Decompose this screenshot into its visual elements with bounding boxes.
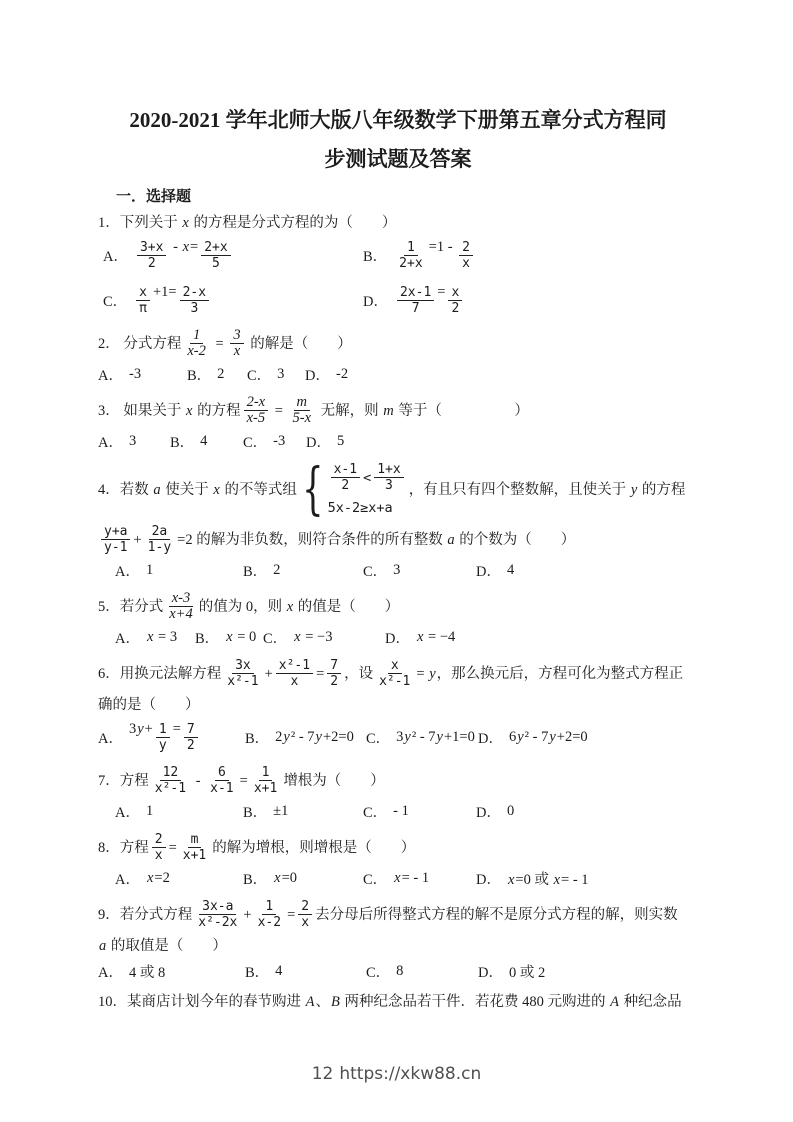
text-run: + [265, 662, 273, 686]
text-run: 确的是（ ） [98, 693, 200, 717]
math-variable: y [282, 729, 290, 745]
math-variable: y [516, 729, 524, 745]
document-page: 2020-2021 学年北师大版八年级数学下册第五章分式方程同 步测试题及答案 … [0, 0, 793, 1122]
option-value: 2 [217, 366, 224, 383]
fraction-numerator: m [294, 395, 310, 411]
math-fraction: 3+x2 [137, 240, 166, 271]
option-B: B．4 [170, 431, 243, 452]
text-run: 7．方程 [98, 769, 149, 793]
inequality-system: {x-12<1+x35x-2≥x+a [299, 460, 407, 520]
options-row: A．4 或 8B．4C．8D．0 或 2 [98, 961, 698, 982]
math-variable: y [403, 729, 411, 745]
option-A: A．3y+1y=72 [98, 720, 245, 755]
option-value: 8 [396, 963, 403, 980]
option-label: C． [363, 868, 387, 889]
option-value: x = 3 [146, 629, 177, 646]
math-fraction: 12x²-1 [152, 765, 189, 796]
option-label: D． [478, 961, 503, 982]
fraction-numerator: 1 [259, 765, 273, 781]
question-6: 6．用换元法解方程3xx²-1+x²-1x=72，设xx²-1= y，那么换元后… [98, 655, 698, 755]
text-run: = [271, 399, 286, 423]
math-fraction: 2-x3 [180, 285, 209, 316]
text-run: = −3 [302, 629, 333, 645]
math-fraction: m5-x [290, 395, 315, 426]
fraction-denominator: 2 [338, 478, 352, 493]
text-run: =1 - [429, 239, 457, 255]
fraction-numerator: 1 [156, 722, 170, 738]
math-fraction: 2x [298, 899, 312, 930]
text-run: ，设 [344, 662, 373, 686]
option-value: 6y² - 7y+2=0 [509, 729, 588, 746]
question-4: 4．若数 a 使关于 x 的不等式组{x-12<1+x35x-2≥x+a，有且只… [98, 459, 698, 581]
fraction-numerator: 2-x [244, 395, 269, 411]
text-run: 4 或 8 [129, 965, 165, 981]
math-fraction: 2x-17 [397, 285, 434, 316]
text-run: + [243, 903, 251, 927]
fraction-numerator: 2a [149, 524, 171, 540]
text-run: = [173, 721, 181, 737]
text-run: + [145, 721, 153, 737]
option-label: D． [476, 868, 501, 889]
option-A: A．x = 3 [115, 627, 195, 648]
fraction-denominator: x+1 [251, 781, 280, 796]
question-line: 10．某商店计划今年的春节购进 A、B 两种纪念品若干件．若花费 480 元购进… [98, 989, 698, 1015]
fraction-numerator: 2 [152, 832, 166, 848]
option-value: -3 [273, 433, 285, 450]
option-B: B．12+x=1 - 2x [363, 238, 698, 273]
option-D: D．-2 [305, 364, 698, 385]
question-9: 9．若分式方程3x-ax²-2x+1x-2=2x去分母后所得整式方程的解不是原分… [98, 896, 698, 982]
option-label: D． [478, 727, 503, 748]
text-run: +1=0 [444, 729, 475, 745]
fraction-numerator: 1+x [374, 462, 403, 478]
text-run: ² - 7 [412, 729, 436, 745]
text-run: 0 [507, 803, 514, 819]
option-value: 4 [275, 963, 282, 980]
option-label: B． [243, 560, 267, 581]
fraction-numerator: 2 [298, 899, 312, 915]
math-fraction: x2 [448, 285, 462, 316]
fraction-numerator: x [448, 285, 462, 301]
math-variable: x [182, 239, 190, 255]
fraction-denominator: x [152, 848, 166, 863]
text-run: < [363, 466, 371, 490]
fraction-denominator: x+1 [180, 848, 209, 863]
text-run: - 1 [393, 803, 409, 819]
option-C: C．- 1 [363, 801, 476, 822]
option-B: B．±1 [243, 801, 363, 822]
option-label: D． [306, 431, 331, 452]
math-fraction: 12+x [396, 240, 425, 271]
text-run: 0 或 2 [509, 965, 545, 981]
text-run: = [212, 332, 227, 356]
math-fraction: x²-1x [276, 658, 313, 689]
text-run: +2=0 [323, 729, 354, 745]
option-value: x=2 [146, 870, 170, 887]
fraction-numerator: 2+x [201, 240, 230, 256]
options-row: A．3B．4C．-3D．5 [98, 431, 698, 452]
text-run: +1= [153, 284, 177, 300]
fraction-denominator: 2+x [396, 256, 425, 271]
option-D: D．5 [306, 431, 698, 452]
fraction-denominator: 2 [145, 256, 159, 271]
question-2: 2． 分式方程1x-2 = 3x 的解是（ ）A．-3B．2C．3D．-2 [98, 325, 698, 385]
math-variable: x [293, 629, 301, 645]
option-value: xπ+1=2-x3 [133, 283, 212, 318]
options-row: A．3y+1y=72B．2y² - 7y+2=0C．3y² - 7y+1=0D．… [98, 720, 698, 755]
fraction-numerator: m [188, 832, 202, 848]
text-run: 等于（ ） [395, 399, 529, 423]
option-A: A．-3 [98, 364, 187, 385]
text-run: = [437, 284, 445, 300]
option-label: B． [243, 801, 267, 822]
option-D: D．0 或 2 [478, 961, 698, 982]
option-value: 4 [507, 562, 514, 579]
option-value: 3 [129, 433, 136, 450]
option-label: C． [243, 431, 267, 452]
math-variable: y [315, 729, 323, 745]
math-variable: x [393, 870, 401, 886]
math-fraction: 2x [459, 240, 473, 271]
option-value: x = 0 [225, 629, 256, 646]
option-A: A．x=2 [115, 868, 243, 889]
math-variable: A [305, 990, 316, 1014]
option-label: A． [115, 801, 140, 822]
math-fraction: mx+1 [180, 832, 209, 863]
question-line: y+ay-1+2a1-y=2 的解为非负数，则符合条件的所有整数 a 的个数为（… [98, 521, 698, 558]
question-line: 4．若数 a 使关于 x 的不等式组{x-12<1+x35x-2≥x+a，有且只… [98, 459, 698, 521]
fraction-denominator: x²-1 [224, 674, 261, 689]
option-value: 4 或 8 [129, 961, 165, 982]
option-C: C．3 [247, 364, 305, 385]
option-C: C．3y² - 7y+1=0 [366, 727, 478, 748]
math-fraction: 3x-ax²-2x [195, 899, 240, 930]
text-run: 4．若数 [98, 478, 152, 502]
text-run: 4 [200, 433, 207, 449]
fraction-denominator: 2 [327, 674, 341, 689]
fraction-denominator: π [136, 301, 150, 316]
fraction-denominator: x²-2x [195, 915, 240, 930]
text-run: 4 [507, 562, 514, 578]
text-run: 的值是（ ） [294, 595, 399, 619]
page-footer: 12https://xkw88.cn [0, 1064, 793, 1084]
option-D: D．x=0 或 x= - 1 [476, 868, 698, 889]
option-label: B． [245, 961, 269, 982]
options-row: A．1B．±1C．- 1D．0 [98, 801, 698, 822]
option-value: -2 [336, 366, 348, 383]
text-run: -3 [273, 433, 285, 449]
fraction-numerator: 2-x [180, 285, 209, 301]
fraction-numerator: 3+x [137, 240, 166, 256]
fraction-denominator: x+4 [166, 607, 195, 622]
option-C: C．x= - 1 [363, 868, 476, 889]
text-run: ² - 7 [291, 729, 315, 745]
fraction-denominator: x [298, 915, 312, 930]
option-label: B． [195, 627, 219, 648]
question-line: 确的是（ ） [98, 692, 698, 718]
math-variable: a [446, 528, 455, 552]
option-value: -3 [129, 366, 141, 383]
option-B: B．2y² - 7y+2=0 [245, 727, 366, 748]
option-A: A．1 [115, 560, 243, 581]
question-line: 7．方程12x²-1 - 6x-1=1x+1增根为（ ） [98, 762, 698, 799]
footer-url: https://xkw88.cn [339, 1064, 481, 1084]
fraction-numerator: x-1 [331, 462, 360, 478]
fraction-numerator: 3x [232, 658, 254, 674]
math-fraction: 1x+1 [251, 765, 280, 796]
text-run: +2=0 [557, 729, 588, 745]
fraction-denominator: x²-1 [376, 674, 413, 689]
option-A: A．4 或 8 [98, 961, 245, 982]
math-variable: A [609, 990, 620, 1014]
fraction-numerator: 1 [190, 328, 203, 344]
math-variable: x [185, 399, 193, 423]
text-run: 1 [146, 803, 153, 819]
text-run: 增根为（ ） [283, 769, 385, 793]
math-variable: x [225, 629, 233, 645]
option-value: 3y+1y=72 [129, 720, 201, 755]
text-run: - [192, 769, 204, 793]
math-fraction: x-12 [331, 462, 360, 493]
option-value: 2 [273, 562, 280, 579]
option-A: A．3 [98, 431, 170, 452]
fraction-denominator: 2 [184, 738, 198, 753]
question-line: a 的取值是（ ） [98, 933, 698, 959]
option-value: 2x-17=x2 [394, 283, 465, 318]
math-fraction: 72 [184, 722, 198, 753]
math-fraction: y+ay-1 [101, 524, 130, 555]
text-run: 的值为 0，则 [199, 595, 286, 619]
option-label: A． [98, 364, 123, 385]
option-value: - 1 [393, 803, 409, 820]
math-fraction: 2+x5 [201, 240, 230, 271]
option-D: D．4 [476, 560, 698, 581]
question-line: 5．若分式x-3x+4的值为 0，则 x 的值是（ ） [98, 588, 698, 625]
text-run: 9．若分式方程 [98, 903, 192, 927]
fraction-denominator: x-2 [184, 344, 209, 359]
text-run: 3． 如果关于 [98, 399, 185, 423]
option-value: 3+x2 - x=2+x5 [134, 238, 234, 273]
math-variable: x [286, 595, 294, 619]
text-run: 的个数为（ ） [456, 528, 576, 552]
fraction-denominator: y-1 [101, 540, 130, 555]
question-list: 1．下列关于 x 的方程是分式方程的为（ ）A．3+x2 - x=2+x5B．1… [98, 210, 698, 1015]
option-label: C． [363, 801, 387, 822]
text-run: -3 [129, 366, 141, 382]
text-run: ，有且只有四个整数解，且使关于 [409, 478, 630, 502]
fraction-numerator: 1 [404, 240, 418, 256]
math-fraction: x-3x+4 [166, 591, 195, 622]
option-label: D． [476, 560, 501, 581]
question-line: 3． 如果关于 x 的方程2-xx-5 = m5-x 无解，则 m 等于（ ） [98, 392, 698, 429]
option-value: 1 [146, 803, 153, 820]
option-label: B． [187, 364, 211, 385]
option-A: A．1 [115, 801, 243, 822]
text-run: 的方程 [193, 399, 240, 423]
fraction-denominator: x [287, 674, 301, 689]
option-value: x=0 或 x= - 1 [507, 868, 589, 889]
text-run: 4 [275, 963, 282, 979]
text-run: 无解，则 [317, 399, 382, 423]
question-line: 8．方程2x=mx+1的解为增根，则增根是（ ） [98, 829, 698, 866]
option-value: x=0 [273, 870, 297, 887]
option-value: 0 或 2 [509, 961, 545, 982]
question-3: 3． 如果关于 x 的方程2-xx-5 = m5-x 无解，则 m 等于（ ）A… [98, 392, 698, 452]
page-number: 12 [312, 1064, 334, 1084]
text-run: 2． 分式方程 [98, 332, 181, 356]
option-B: B．4 [245, 961, 366, 982]
question-10: 10．某商店计划今年的春节购进 A、B 两种纪念品若干件．若花费 480 元购进… [98, 989, 698, 1015]
fraction-numerator: 3x-a [199, 899, 236, 915]
fraction-denominator: x-5 [244, 411, 269, 426]
fraction-numerator: 3 [230, 328, 243, 344]
text-run: 的不等式组 [221, 478, 297, 502]
option-B: B．x=0 [243, 868, 363, 889]
text-run: 的解是（ ） [247, 332, 352, 356]
math-variable: x [273, 870, 281, 886]
text-run: ±1 [273, 803, 288, 819]
math-fraction: 1x-2 [255, 899, 284, 930]
fraction-denominator: x [459, 256, 473, 271]
system-rows: x-12<1+x35x-2≥x+a [328, 460, 407, 520]
fraction-denominator: x-2 [255, 915, 284, 930]
system-row: 5x-2≥x+a [328, 496, 393, 520]
text-run: ² - 7 [525, 729, 549, 745]
option-label: A． [98, 961, 123, 982]
option-label: C． [247, 364, 271, 385]
option-label: D． [305, 364, 330, 385]
text-run: =0 [282, 870, 297, 886]
fraction-numerator: 12 [160, 765, 182, 781]
option-value: x = −3 [293, 629, 332, 646]
question-7: 7．方程12x²-1 - 6x-1=1x+1增根为（ ）A．1B．±1C．- 1… [98, 762, 698, 822]
fraction-denominator: 3 [187, 301, 201, 316]
option-label: A． [115, 560, 140, 581]
text-run: 2 [273, 562, 280, 578]
option-value: 4 [200, 433, 207, 450]
math-fraction: 72 [327, 658, 341, 689]
math-fraction: 6x-1 [207, 765, 236, 796]
option-C: C．x = −3 [263, 627, 385, 648]
option-value: 5 [337, 433, 344, 450]
question-line: 2． 分式方程1x-2 = 3x 的解是（ ） [98, 325, 698, 362]
text-run: 3 [129, 433, 136, 449]
options-row: A．1B．2C．3D．4 [98, 560, 698, 581]
option-label: C． [366, 727, 390, 748]
fraction-denominator: y [156, 738, 170, 753]
text-run: = [416, 662, 428, 686]
document-title: 2020-2021 学年北师大版八年级数学下册第五章分式方程同 步测试题及答案 [98, 101, 698, 179]
option-label: D． [363, 290, 388, 311]
fraction-denominator: 5-x [290, 411, 315, 426]
question-5: 5．若分式x-3x+4的值为 0，则 x 的值是（ ）A．x = 3B．x = … [98, 588, 698, 648]
fraction-numerator: 7 [184, 722, 198, 738]
text-run: - [169, 239, 181, 255]
option-B: B．x = 0 [195, 627, 263, 648]
option-value: 3y² - 7y+1=0 [396, 729, 475, 746]
text-run: 3 [393, 562, 400, 578]
text-run: 8．方程 [98, 836, 149, 860]
option-value: 0 [507, 803, 514, 820]
math-variable: x [553, 872, 561, 888]
option-value: x= - 1 [393, 870, 429, 887]
math-variable: y [630, 478, 638, 502]
text-run: 6．用换元法解方程 [98, 662, 221, 686]
option-value: 2y² - 7y+2=0 [275, 729, 354, 746]
option-B: B．2 [243, 560, 363, 581]
text-run: 使关于 [162, 478, 213, 502]
math-fraction: 2-xx-5 [244, 395, 269, 426]
text-run: =0 或 [515, 872, 552, 888]
fraction-numerator: x-3 [169, 591, 194, 607]
option-label: D． [385, 627, 410, 648]
text-run: 5x-2≥x+a [328, 496, 393, 520]
title-line-2: 步测试题及答案 [98, 140, 698, 179]
option-label: C． [103, 290, 127, 311]
math-fraction: 2a1-y [145, 524, 174, 555]
question-8: 8．方程2x=mx+1的解为增根，则增根是（ ）A．x=2B．x=0C．x= -… [98, 829, 698, 889]
fraction-numerator: x²-1 [276, 658, 313, 674]
option-label: B． [170, 431, 194, 452]
fraction-numerator: y+a [101, 524, 130, 540]
math-variable: m [382, 399, 394, 423]
fraction-denominator: 7 [409, 301, 423, 316]
text-run: = 3 [154, 629, 177, 645]
math-variable: y [548, 729, 556, 745]
fraction-denominator: 5 [209, 256, 223, 271]
math-fraction: xπ [136, 285, 150, 316]
fraction-denominator: x-1 [207, 781, 236, 796]
question-line: 6．用换元法解方程3xx²-1+x²-1x=72，设xx²-1= y，那么换元后… [98, 655, 698, 692]
fraction-numerator: 7 [327, 658, 341, 674]
text-run: =2 [154, 870, 169, 886]
math-variable: B [330, 990, 341, 1014]
text-run: ，那么换元后，方程可化为整式方程正 [437, 662, 684, 686]
option-label: A． [115, 868, 140, 889]
text-run: = [316, 662, 324, 686]
text-run: = −4 [424, 629, 455, 645]
text-run: 的方程 [638, 478, 685, 502]
option-C: C．-3 [243, 431, 306, 452]
text-run: -2 [336, 366, 348, 382]
title-line-1: 2020-2021 学年北师大版八年级数学下册第五章分式方程同 [98, 101, 698, 140]
text-run: =2 的解为非负数，则符合条件的所有整数 [177, 528, 446, 552]
option-value: ±1 [273, 803, 288, 820]
math-fraction: 1x-2 [184, 328, 209, 359]
question-line: 1．下列关于 x 的方程是分式方程的为（ ） [98, 210, 698, 236]
fraction-denominator: 2 [448, 301, 462, 316]
math-fraction: 1y [156, 722, 170, 753]
fraction-denominator: 1-y [145, 540, 174, 555]
fraction-denominator: x²-1 [152, 781, 189, 796]
math-fraction: 3xx²-1 [224, 658, 261, 689]
math-variable: y [428, 662, 436, 686]
option-value: 12+x=1 - 2x [393, 238, 476, 273]
text-run: 5．若分式 [98, 595, 163, 619]
math-fraction: 3x [230, 328, 243, 359]
text-run: = [240, 769, 248, 793]
option-label: A． [98, 431, 123, 452]
math-fraction: xx²-1 [376, 658, 413, 689]
text-run: 8 [396, 963, 403, 979]
fraction-numerator: x [136, 285, 150, 301]
options-row: A．x = 3B．x = 0C．x = −3D．x = −4 [98, 627, 698, 648]
math-variable: y [136, 721, 144, 737]
fraction-numerator: 2 [459, 240, 473, 256]
option-value: 1 [146, 562, 153, 579]
option-label: C． [363, 560, 387, 581]
option-D: D．2x-17=x2 [363, 283, 698, 318]
